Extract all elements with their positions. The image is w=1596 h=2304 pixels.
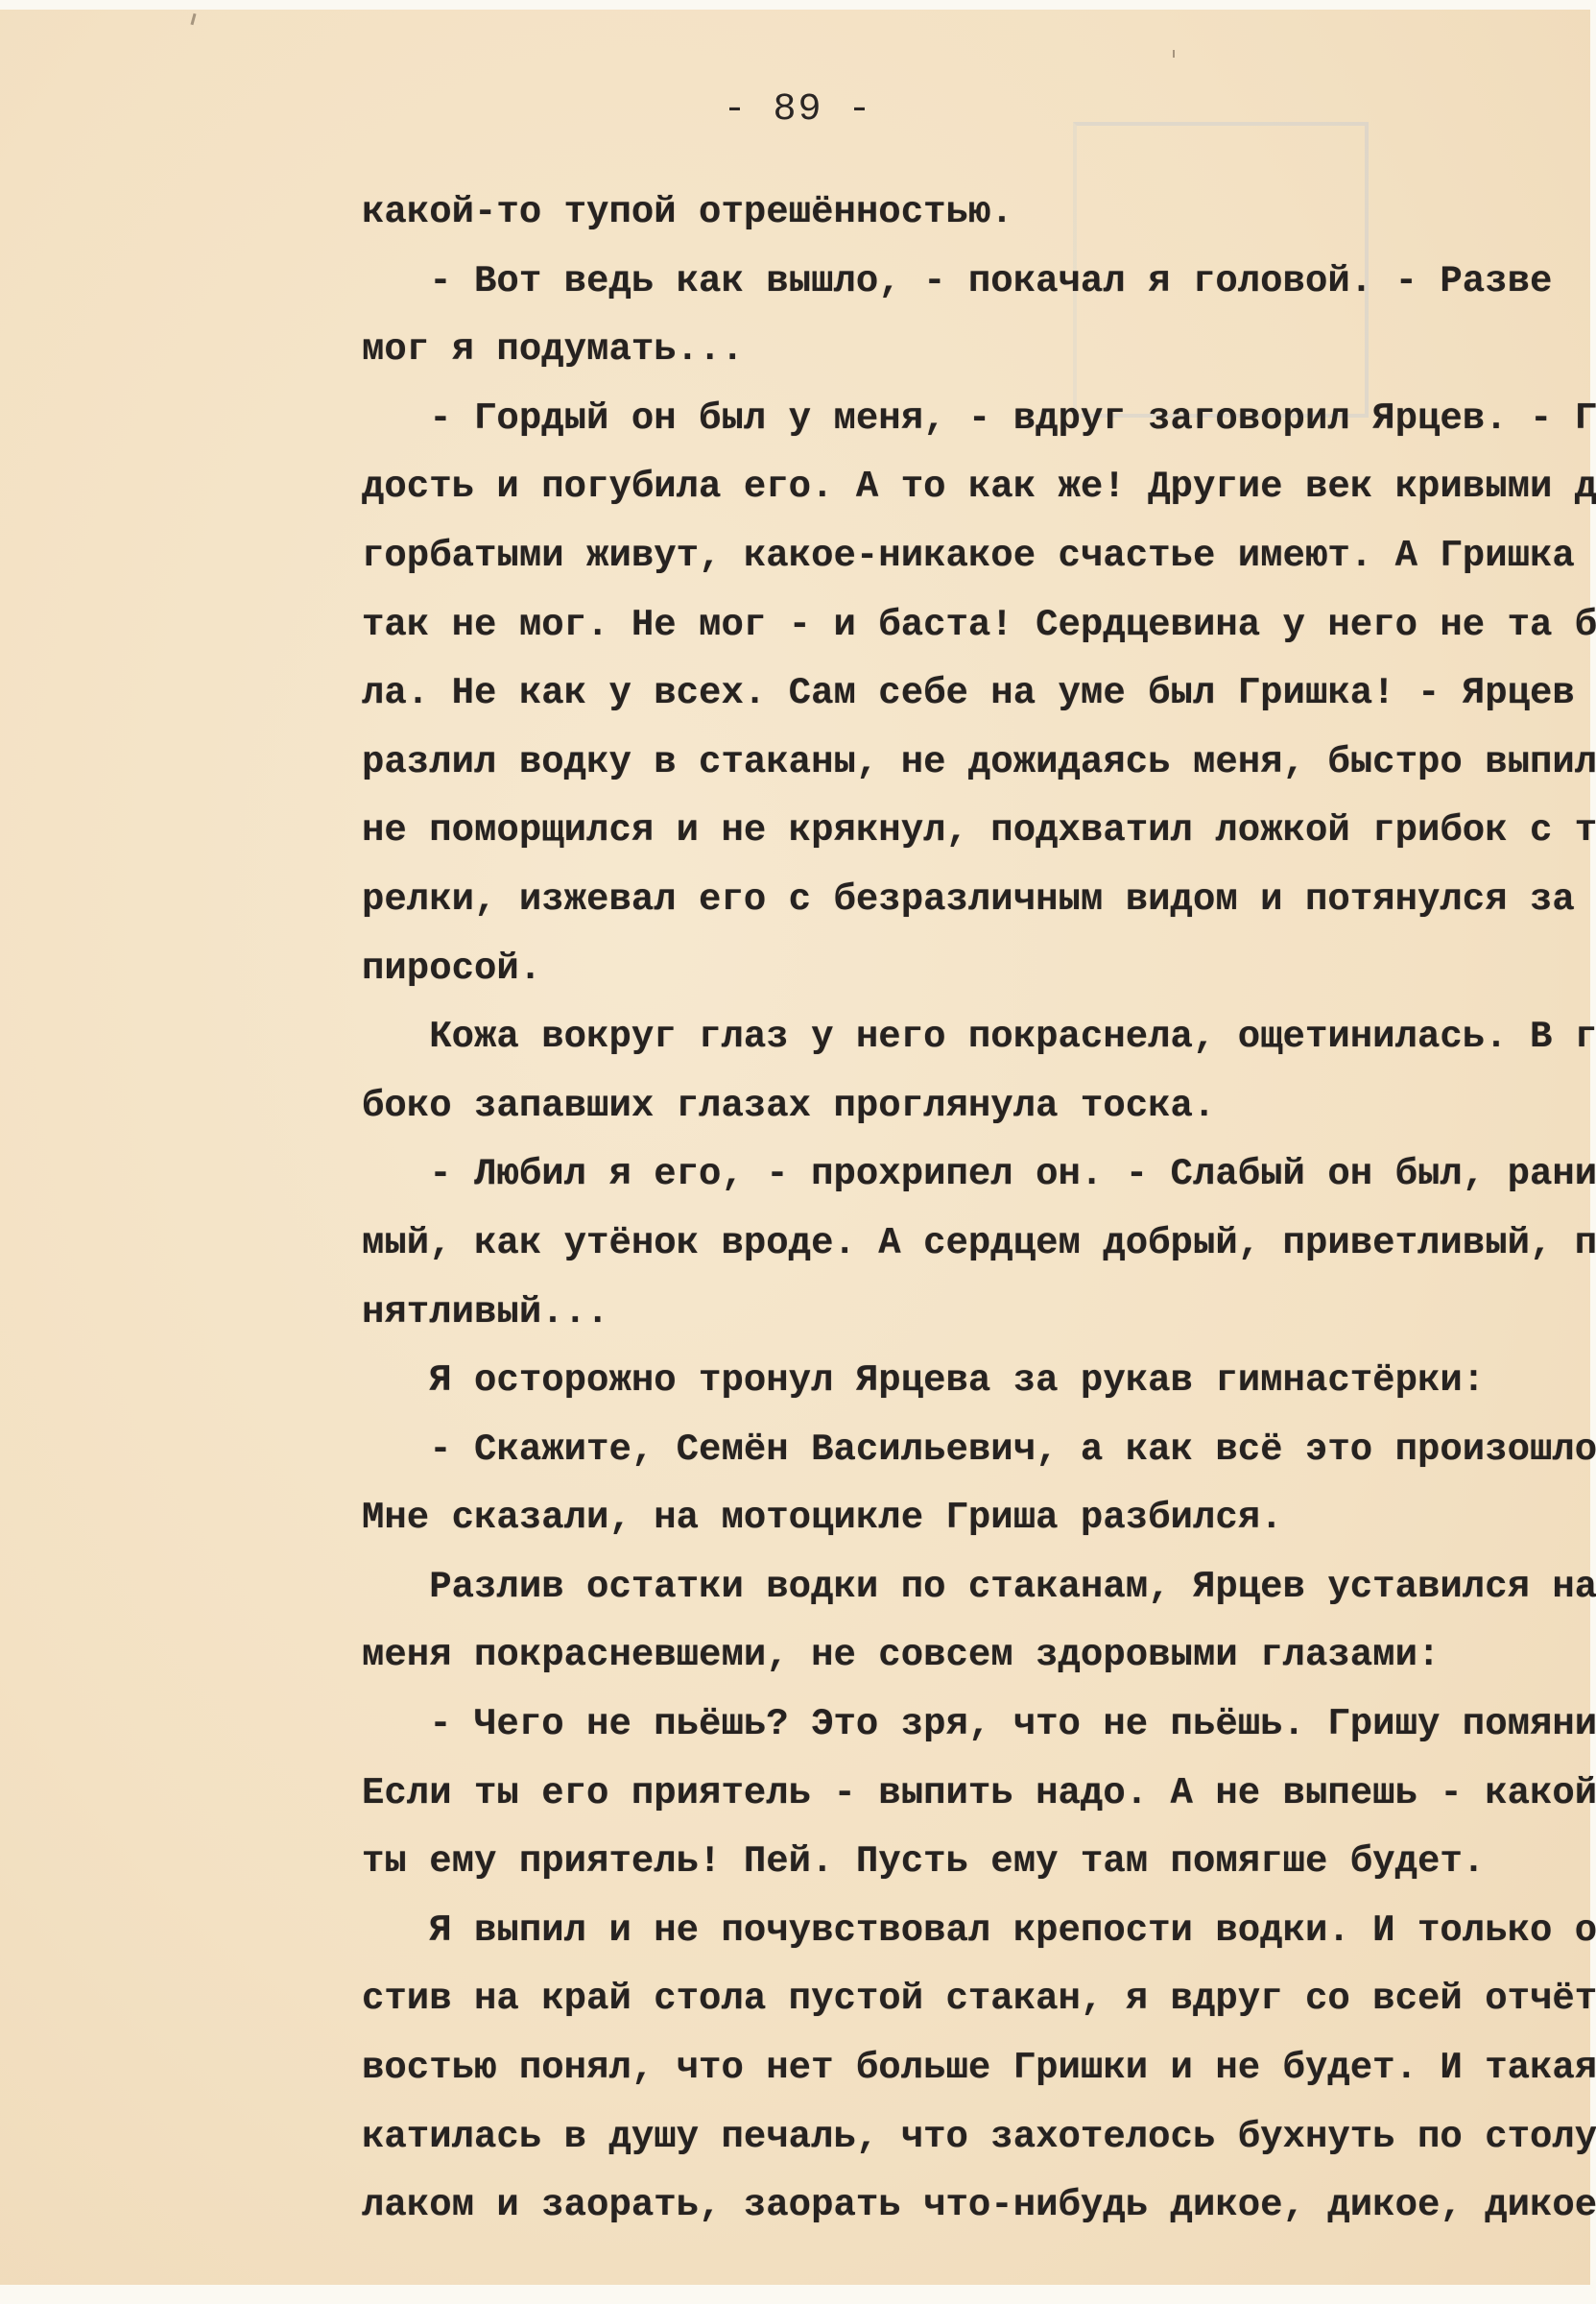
- text-line: мый, как утёнок вроде. А сердцем добрый,…: [362, 1210, 1596, 1279]
- text-line: нятливый...: [362, 1279, 1596, 1348]
- text-line: востью понял, что нет больше Гришки и не…: [362, 2034, 1596, 2103]
- ink-speck: [1173, 50, 1175, 58]
- text-line: Я выпил и не почувствовал крепости водки…: [362, 1897, 1596, 1966]
- text-line: стив на край стола пустой стакан, я вдру…: [362, 1965, 1596, 2034]
- page-number: - 89 -: [0, 88, 1596, 132]
- text-line: ла. Не как у всех. Сам себе на уме был Г…: [362, 660, 1596, 729]
- text-line: разлил водку в стаканы, не дожидаясь мен…: [362, 729, 1596, 798]
- text-line: Кожа вокруг глаз у него покраснела, ощет…: [362, 1003, 1596, 1072]
- text-line: лаком и заорать, заорать что-нибудь дико…: [362, 2172, 1596, 2241]
- text-line: ты ему приятель! Пей. Пусть ему там помя…: [362, 1828, 1596, 1897]
- text-line: - Гордый он был у меня, - вдруг заговори…: [362, 385, 1596, 454]
- text-line: - Любил я его, - прохрипел он. - Слабый …: [362, 1140, 1596, 1210]
- text-line: горбатыми живут, какое-никакое счастье и…: [362, 522, 1596, 591]
- text-line: Разлив остатки водки по стаканам, Ярцев …: [362, 1553, 1596, 1622]
- text-line: - Скажите, Семён Васильевич, а как всё э…: [362, 1416, 1596, 1485]
- text-line: Мне сказали, на мотоцикле Гриша разбился…: [362, 1484, 1596, 1553]
- text-line: - Чего не пьёшь? Это зря, что не пьёшь. …: [362, 1691, 1596, 1760]
- text-line: - Вот ведь как вышло, - покачал я голово…: [362, 248, 1596, 317]
- text-line: меня покрасневшеми, не совсем здоровыми …: [362, 1621, 1596, 1691]
- text-line: так не мог. Не мог - и баста! Сердцевина…: [362, 591, 1596, 660]
- text-line: пиросой.: [362, 935, 1596, 1004]
- text-line: мог я подумать...: [362, 316, 1596, 385]
- text-line: не поморщился и не крякнул, подхватил ло…: [362, 797, 1596, 866]
- text-line: Я осторожно тронул Ярцева за рукав гимна…: [362, 1347, 1596, 1416]
- text-line: Если ты его приятель - выпить надо. А не…: [362, 1760, 1596, 1829]
- text-line: боко запавших глазах проглянула тоска.: [362, 1072, 1596, 1141]
- text-line: релки, изжевал его с безразличным видом …: [362, 866, 1596, 935]
- text-line: дость и погубила его. А то как же! Други…: [362, 453, 1596, 522]
- body-text: какой-то тупой отрешённостью. - Вот ведь…: [362, 179, 1596, 2241]
- text-line: катилась в душу печаль, что захотелось б…: [362, 2103, 1596, 2172]
- text-line: какой-то тупой отрешённостью.: [362, 179, 1596, 248]
